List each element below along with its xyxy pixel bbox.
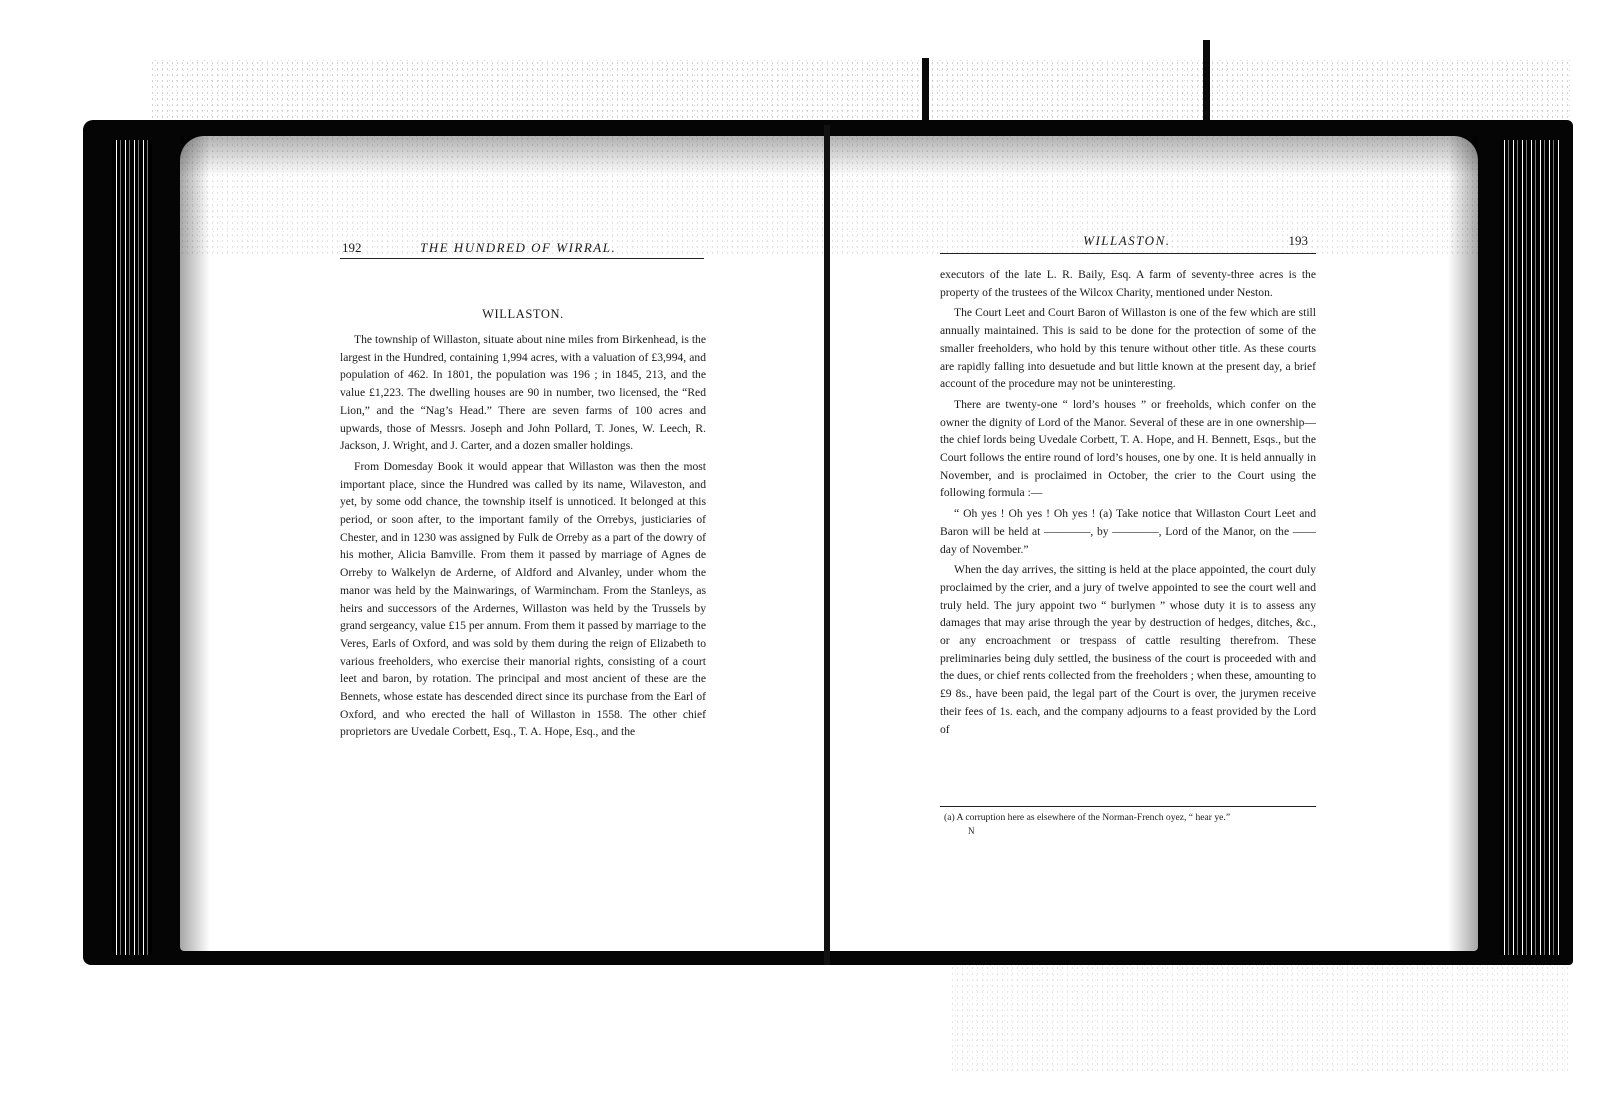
page-shadow	[180, 136, 210, 951]
paragraph: The Court Leet and Court Baron of Willas…	[940, 304, 1316, 393]
page-edges-left	[112, 140, 152, 955]
paragraph: When the day arrives, the sitting is hel…	[940, 561, 1316, 738]
bookmark-ribbon	[1203, 40, 1210, 128]
running-title: WILLASTON.	[1083, 233, 1170, 249]
running-head-right: WILLASTON. 193	[940, 233, 1308, 249]
page-number: 193	[1289, 233, 1309, 249]
book-gutter	[824, 125, 830, 965]
header-rule	[940, 253, 1316, 254]
footnote-rule	[940, 806, 1316, 807]
paragraph: executors of the late L. R. Baily, Esq. …	[940, 266, 1316, 301]
scan-noise-bottom	[950, 965, 1570, 1075]
bookmark-ribbon	[922, 58, 929, 128]
paragraph: From Domesday Book it would appear that …	[340, 458, 706, 741]
page-shadow	[830, 136, 1478, 176]
page-number: 192	[342, 240, 420, 256]
running-title: THE HUNDRED OF WIRRAL.	[420, 240, 616, 256]
section-title: WILLASTON.	[340, 307, 706, 322]
paragraph: There are twenty-one “ lord’s houses ” o…	[940, 396, 1316, 502]
right-page-body: executors of the late L. R. Baily, Esq. …	[940, 266, 1316, 738]
page-edges-right	[1500, 140, 1560, 955]
page-shadow	[1448, 136, 1478, 951]
scan-noise-top	[150, 60, 1570, 120]
header-rule	[340, 258, 704, 259]
signature-mark: N	[968, 826, 975, 836]
footnote: (a) A corruption here as elsewhere of th…	[944, 811, 1320, 824]
paragraph: The township of Willaston, situate about…	[340, 331, 706, 455]
paragraph: “ Oh yes ! Oh yes ! Oh yes ! (a) Take no…	[940, 505, 1316, 558]
running-head-left: 192 THE HUNDRED OF WIRRAL.	[342, 240, 704, 256]
left-page-body: The township of Willaston, situate about…	[340, 331, 706, 741]
page-shadow	[180, 136, 828, 176]
